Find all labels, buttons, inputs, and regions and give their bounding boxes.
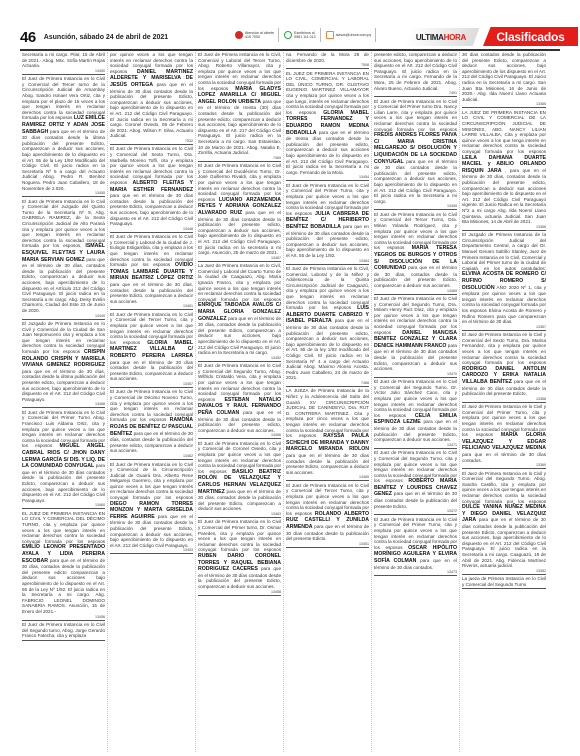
ad-text: El Juez de Primera Instancia en lo Civil… — [198, 519, 281, 552]
page-header: 46 Asunción, sábado 24 de abril de 2021 … — [20, 27, 560, 47]
ad-code: 13457 — [110, 382, 193, 386]
ad-text: para que en el término de 30 días contad… — [462, 452, 546, 463]
ad-text: para que en el término de 30 días, conta… — [110, 282, 193, 304]
ad-code: 7508 — [286, 63, 369, 67]
contact-bar: Atención al cliente415 7000 Escribinos a… — [235, 28, 376, 42]
ad-text: El Juez de Primera Instancia en lo Civil… — [22, 76, 105, 120]
classified-ad: El Juez de Primera Instancia en lo Civil… — [286, 266, 369, 387]
classified-ad: El Juez de Primera Instancia en lo Civil… — [110, 234, 193, 310]
ad-text: para que en el término de 30 días contad… — [110, 193, 193, 226]
brand-banner: ULTIMAHORA Clasificados — [406, 27, 476, 47]
ad-text: El Juez de Primera Instancia en lo Civil… — [110, 462, 193, 501]
ad-text: para que en el término de 30 días contad… — [286, 318, 369, 380]
classified-ad: La jueza de Primera Instancia en lo Civi… — [462, 576, 546, 589]
ad-code: 13470 — [374, 372, 457, 376]
ad-text: EL JUEZ DE PRIMERA INSTANCIA EN LO CIVIL… — [22, 511, 105, 544]
classified-ad: El Juzgado de Primera Instancia en lo Ci… — [22, 321, 105, 408]
ad-text: para que en el término de 30 días contad… — [374, 159, 457, 204]
classified-ad: El Juez de Primera Instancia en lo Civil… — [22, 76, 105, 197]
ad-code: 13449 — [22, 314, 105, 318]
ad-code: 13468 — [22, 402, 105, 406]
ad-text: para que en el término de 30 días, conta… — [198, 316, 281, 356]
ad-code: 13450 — [22, 69, 105, 73]
column-2: por quince veces a los que tengan interé… — [108, 52, 196, 752]
page-number: 46 — [20, 29, 36, 46]
ad-code: 13453 — [110, 548, 193, 552]
column-3: El Juez de Primera Instancia en lo Civil… — [196, 52, 284, 752]
ad-text: na. Fernando de la Mora 28 de diciembre … — [286, 52, 369, 63]
ad-code: 7491 — [374, 91, 457, 95]
ad-text: El Juez de Primera Instancia en lo Civil… — [286, 266, 369, 310]
contact-email[interactable]: avisos@uhora.com.py — [326, 28, 377, 42]
ad-code: 13462 — [110, 454, 193, 458]
classified-ad: El Juez de Primera Instancia en lo Civil… — [110, 389, 193, 460]
contact-value: avisos@uhora.com.py — [336, 33, 372, 37]
ad-code: 13460 — [22, 503, 105, 507]
classified-ad: EL JUEZ DE PRIMERA INSTANCIA EN LO CIVIL… — [286, 71, 369, 182]
ad-code: 7532 — [110, 139, 193, 143]
ad-text: El Juez de Primera Instancia en lo Civil… — [22, 199, 105, 249]
ad-text: Secretaría a mi cargo. Pilar, 15 de Abri… — [22, 52, 105, 68]
classified-ad: El Juez de Primera Instancia en lo Civil… — [374, 99, 457, 211]
ad-code: 13472 — [374, 509, 457, 513]
classified-ad: El Juez de Primera Instancia en lo Civil… — [374, 450, 457, 515]
ad-text: El Juez de Primera Instancia en lo Civil… — [462, 471, 546, 504]
classified-ad: El Juez de Primera Instancia en lo Civil… — [22, 410, 105, 510]
classified-ad: El Juez de Primera Instancia en lo Civil… — [374, 517, 457, 576]
ad-code: 13459 — [374, 204, 457, 208]
classified-ad: Secretaría a mi cargo. Pilar, 15 de Abri… — [22, 52, 105, 75]
ad-text: para que en el término de treinta (30) d… — [198, 99, 281, 155]
ad-code: 13464 — [286, 259, 369, 263]
section-title: Clasificados — [496, 30, 564, 44]
ad-text: para que en el término de 30 días, conta… — [22, 558, 105, 614]
classified-ad: por quince veces a los que tengan interé… — [110, 52, 193, 145]
classified-ad: El Juzgado de Primera Instancia de la Ci… — [462, 232, 546, 331]
contact-phone[interactable]: Atención al cliente415 7000 — [235, 28, 279, 42]
ad-text: para que en el término de 30 días contad… — [286, 453, 369, 475]
classified-ad: EL JUEZ DE PRIMERA INSTANCIA EN LO CIVIL… — [22, 511, 105, 621]
classified-ad: El Juez de Primera Instancia en lo Civil… — [110, 312, 193, 388]
ad-text: para que en el término de 30 días, conta… — [22, 369, 105, 402]
ad-code: 13365 — [462, 102, 546, 106]
ad-code: 7469 — [198, 156, 281, 160]
ad-code: 13463 — [198, 512, 281, 516]
phone-icon — [235, 31, 243, 39]
ad-code: 13454 — [286, 175, 369, 179]
ad-text: La Juez de Primera Instancia en lo Civil… — [198, 263, 281, 302]
ad-code: 13461 — [110, 304, 193, 308]
classified-ad: El Juez de Primera Instancia en lo Civil… — [110, 462, 193, 555]
ad-code: 13467 — [198, 256, 281, 260]
classified-ad: La Juez de Primera Instancia en lo Civil… — [198, 263, 281, 362]
classified-ad: 30 días contados desde la publicación de… — [462, 52, 546, 108]
ad-code: 13452 — [198, 356, 281, 360]
column-1: Secretaría a mi cargo. Pilar, 15 de Abri… — [20, 52, 108, 752]
classified-ad: El Juez de Primera Instancia en lo Civil… — [462, 404, 546, 469]
ad-text: para que en el término de 30 días contad… — [462, 517, 546, 568]
ad-text: LA JUEZA de Primera Instancia de la Niñe… — [286, 388, 369, 438]
ad-text: presente edicto, comparezcan a deducir s… — [374, 52, 457, 91]
ad-code: 13469 — [374, 289, 457, 293]
classified-ad: El Juez de Primera Instancia en lo Civil… — [462, 471, 546, 575]
classified-ad: LA JUEZA de Primera Instancia de la Niñe… — [286, 388, 369, 481]
ad-text: para que en el término de 30 días contad… — [198, 210, 281, 255]
classified-ad: presente edicto, comparezcan a deducir s… — [374, 52, 457, 97]
ad-code: 13369 — [462, 463, 546, 467]
ad-text: La jueza de Primera Instancia en lo Civi… — [462, 576, 546, 587]
ad-text: para que en el término de 30 días contad… — [110, 82, 193, 138]
ad-text: para que en el término de 30 días contad… — [22, 463, 105, 503]
classified-ad: El Juez de Primera Instancia en lo Civil… — [198, 52, 281, 162]
ad-text: , para que en el término de 30 días, con… — [462, 168, 546, 224]
classified-ad: El Juez de Primera Instancia en lo Civil… — [198, 363, 281, 439]
ad-text: El Juez de Primera Instancia en lo Civil… — [22, 622, 105, 638]
column-4: na. Fernando de la Mora 28 de diciembre … — [284, 52, 372, 752]
ad-code: 13382 — [462, 569, 546, 573]
classified-ad: El Juez de Primera Instancia en lo Civil… — [198, 441, 281, 518]
ad-text: para que en el término de 30 días, conta… — [22, 257, 105, 313]
ad-code: 13458 — [198, 590, 281, 594]
column-6: 30 días contados desde la publicación de… — [460, 52, 548, 752]
ad-text: para que en el término de 30 días contad… — [22, 129, 105, 191]
brand-logo: ULTIMAHORA — [403, 28, 480, 46]
classified-ad: El Juez de Primera Instancia en lo Civil… — [286, 483, 369, 548]
classified-ad: El Juez de Primera Instancia en lo Civil… — [286, 183, 369, 265]
contact-value: 0981 111 013 — [294, 35, 315, 39]
classified-ad: LA JUEZ DE PRIMERA INSTANCIA EN LO CIVIL… — [462, 110, 546, 231]
ad-text: 30 días contados desde la publicación de… — [462, 52, 546, 102]
classified-ad: El Juez de Primera Instancia en lo Civil… — [374, 379, 457, 449]
ad-text: El Juez de Primera Instancia en lo Civil… — [462, 332, 546, 365]
ad-code: 13448 — [110, 227, 193, 231]
classified-ad: El Juez de Primera Instancia en lo Civil… — [374, 296, 457, 378]
ad-code: 13473 — [374, 570, 457, 574]
ad-text: AÑO 2020 Nº 1, cita y emplaza por quince… — [462, 285, 546, 325]
classified-ad: El Juez de Primera Instancia en lo Civil… — [462, 332, 546, 403]
classified-ad: El Juez de Primera Instancia en lo Civil… — [22, 199, 105, 320]
ad-text: para que en el término de 30 días contad… — [110, 360, 193, 382]
classified-ad: El Juez de Primera Instancia en lo Civil… — [22, 622, 105, 641]
ad-text: LA JUEZ DE PRIMERA INSTANCIA EN LO CIVIL… — [462, 110, 546, 154]
ad-code: 7468 — [286, 381, 369, 385]
ad-text: EL JUEZ DE PRIMERA INSTANCIA EN LO CIVIL… — [286, 71, 369, 115]
whatsapp-icon — [284, 31, 292, 39]
ad-code: 13466 — [198, 433, 281, 437]
contact-value: 415 7000 — [245, 35, 260, 39]
ad-code: 13367 — [462, 325, 546, 329]
ad-text: El Juzgado de Primera Instancia de la Ci… — [462, 232, 546, 271]
mail-icon — [326, 31, 334, 39]
classified-ad: El Juez de Primera Instancia en lo Civil… — [198, 519, 281, 595]
classified-ad: El Juez de Primera Instancia en lo Civil… — [374, 212, 457, 295]
column-5: presente edicto, comparezcan a deducir s… — [372, 52, 460, 752]
section-tag: Clasificados — [483, 27, 578, 46]
ad-code: 13366 — [462, 225, 546, 229]
ad-code: 13368 — [462, 397, 546, 401]
classified-ad: El Juez de Primera Instancia en lo Civil… — [198, 163, 281, 262]
ad-code: 13456 — [22, 615, 105, 619]
ad-code: 13465 — [286, 475, 369, 479]
contact-whatsapp[interactable]: Escribinos al0981 111 013 — [284, 28, 320, 42]
ad-text: El Juez de Primera Instancia en lo Civil… — [374, 99, 457, 132]
classified-ad: na. Fernando de la Mora 28 de diciembre … — [286, 52, 369, 69]
dateline: Asunción, sábado 24 de abril de 2021 — [44, 34, 169, 41]
header-rule — [20, 49, 560, 51]
ad-code: 13451 — [286, 542, 369, 546]
ad-code: 13471 — [374, 443, 457, 447]
classifieds-columns: Secretaría a mi cargo. Pilar, 15 de Abri… — [20, 52, 562, 752]
ad-code: 13455 — [22, 191, 105, 195]
ad-text: para que en el término de treinta días c… — [286, 130, 369, 175]
classified-ad: El Juez de Primera Instancia en lo Civil… — [110, 146, 193, 232]
